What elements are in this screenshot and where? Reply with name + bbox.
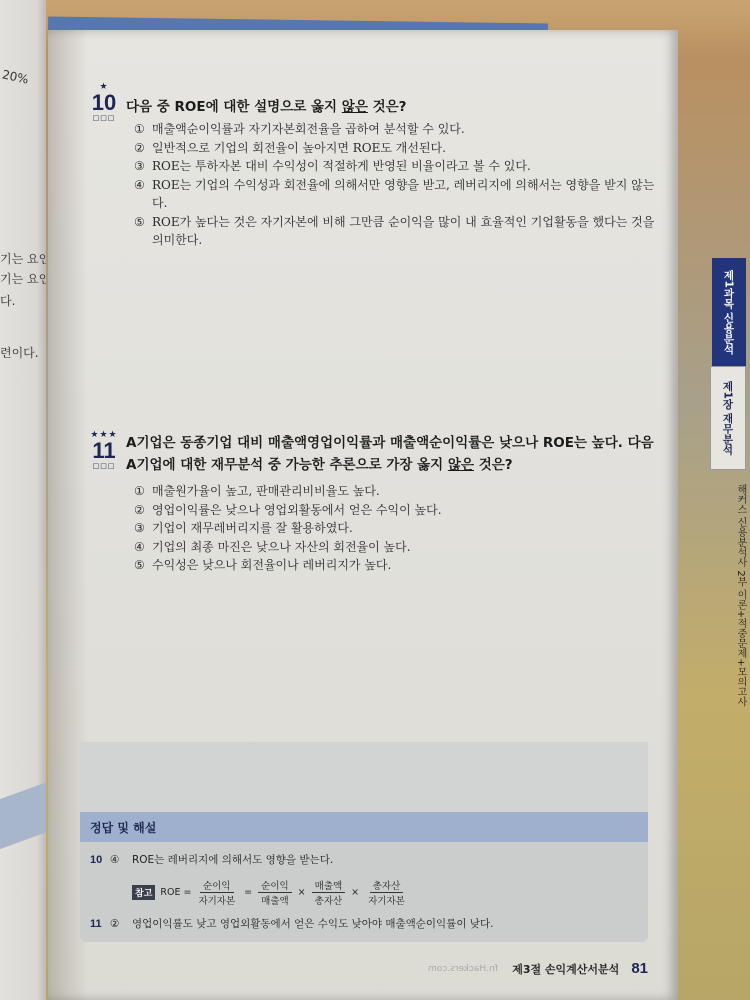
- choice-mark: ③: [134, 519, 152, 538]
- footer-section: 제3절 손익계산서분석: [512, 961, 619, 977]
- choice-item: ③ROE는 투하자본 대비 수익성이 적절하게 반영된 비율이라고 볼 수 있다…: [134, 157, 664, 176]
- answer-box-title: 정답 및 해설: [80, 812, 648, 842]
- choice-text: 매출액순이익률과 자기자본회전율을 곱하여 분석할 수 있다.: [152, 120, 664, 139]
- footer-url: fn.Hackers.com: [428, 964, 498, 974]
- choice-item: ④기업의 최종 마진은 낮으나 자산의 회전율이 높다.: [134, 538, 664, 557]
- note-tag: 참고: [132, 885, 155, 900]
- left-page-fragment: 다.: [0, 292, 15, 309]
- fraction-numerator: 총자산: [370, 878, 404, 893]
- fraction-denominator: 자기자본: [195, 893, 238, 907]
- choice-text: 기업이 재무레버리지를 잘 활용하였다.: [152, 519, 664, 538]
- fraction-denominator: 총자산: [312, 893, 346, 907]
- question-number: 10: [88, 92, 120, 114]
- choice-item: ⑤ROE가 높다는 것은 자기자본에 비해 그만큼 순이익을 많이 내 효율적인…: [134, 213, 664, 250]
- choice-mark: ②: [134, 139, 152, 158]
- question-text-underlined: 않은: [448, 457, 474, 473]
- question-text-part: 것은?: [368, 99, 407, 115]
- left-page-fragment: 기는 요인이: [0, 270, 46, 287]
- answer-mark: ④: [110, 854, 132, 866]
- fraction: 순이익매출액: [258, 878, 292, 907]
- choice-text: ROE가 높다는 것은 자기자본에 비해 그만큼 순이익을 많이 내 효율적인 …: [152, 213, 664, 250]
- fraction-denominator: 자기자본: [365, 893, 408, 907]
- left-page-fragment: 기는 요인이: [0, 250, 46, 267]
- choice-mark: ③: [134, 157, 152, 176]
- choice-text: 일반적으로 기업의 회전율이 높아지면 ROE도 개선된다.: [152, 139, 664, 158]
- fraction-numerator: 순이익: [258, 878, 292, 893]
- fraction-numerator: 매출액: [312, 878, 346, 893]
- fraction: 매출액총자산: [312, 878, 346, 907]
- side-tab-subject: 제1과목 신용분석: [712, 258, 746, 366]
- page-number: 81: [631, 960, 648, 977]
- question-text-part: 것은?: [474, 457, 513, 473]
- choice-mark: ②: [134, 501, 152, 520]
- choice-mark: ④: [134, 538, 152, 557]
- check-boxes: □□□: [88, 462, 120, 471]
- fraction: 순이익자기자본: [195, 878, 238, 907]
- choice-list: ①매출액순이익률과 자기자본회전율을 곱하여 분석할 수 있다. ②일반적으로 …: [134, 120, 664, 250]
- fraction-denominator: 매출액: [258, 893, 292, 907]
- choice-list: ①매출원가율이 높고, 판매관리비비율도 높다. ②영업이익률은 낮으나 영업외…: [134, 482, 664, 575]
- question-text-part: A기업은 동종기업 대비 매출액영업이익률과 매출액순이익률은 낮으나 ROE는…: [126, 435, 654, 473]
- left-page-fragment: 20%: [1, 67, 30, 86]
- choice-mark: ④: [134, 176, 152, 213]
- question-number: 11: [88, 440, 120, 462]
- choice-mark: ⑤: [134, 213, 152, 250]
- answer-box: 정답 및 해설 10 ④ ROE는 레버리지에 의해서도 영향을 받는다. 참고…: [80, 812, 648, 942]
- choice-mark: ⑤: [134, 556, 152, 575]
- formula-operator: ×: [351, 887, 359, 898]
- question-text: A기업은 동종기업 대비 매출액영업이익률과 매출액순이익률은 낮으나 ROE는…: [126, 432, 666, 476]
- side-tab-chapter: 제1장 재무분석: [710, 366, 746, 470]
- choice-item: ①매출액순이익률과 자기자본회전율을 곱하여 분석할 수 있다.: [134, 120, 664, 139]
- choice-text: 매출원가율이 높고, 판매관리비비율도 높다.: [152, 482, 664, 501]
- choice-item: ②일반적으로 기업의 회전율이 높아지면 ROE도 개선된다.: [134, 139, 664, 158]
- choice-item: ②영업이익률은 낮으나 영업외활동에서 얻은 수익이 높다.: [134, 501, 664, 520]
- answer-mark: ②: [110, 918, 132, 930]
- left-page: 20% 기는 요인이 기는 요인이 다. 련이다.: [0, 0, 46, 1000]
- choice-mark: ①: [134, 120, 152, 139]
- question-number-block: ★★★ 11 □□□: [88, 430, 120, 471]
- choice-item: ④ROE는 기업의 수익성과 회전율에 의해서만 영향을 받고, 레버리지에 의…: [134, 176, 664, 213]
- question-number-block: ★ 10 □□□: [88, 82, 120, 123]
- answer-row: 10 ④ ROE는 레버리지에 의해서도 영향을 받는다.: [90, 852, 333, 867]
- left-page-band: [0, 777, 46, 852]
- question-text: 다음 중 ROE에 대한 설명으로 옳지 않은 것은?: [126, 96, 666, 118]
- book-page: ★ 10 □□□ 다음 중 ROE에 대한 설명으로 옳지 않은 것은? ①매출…: [48, 30, 678, 1000]
- fraction: 총자산자기자본: [365, 878, 408, 907]
- choice-item: ⑤수익성은 낮으나 회전율이나 레버리지가 높다.: [134, 556, 664, 575]
- choice-mark: ①: [134, 482, 152, 501]
- answer-text: ROE는 레버리지에 의해서도 영향을 받는다.: [132, 852, 333, 867]
- formula-lhs: ROE =: [160, 887, 191, 898]
- answer-row: 11 ② 영업이익률도 낮고 영업외활동에서 얻은 수익도 낮아야 매출액순이익…: [90, 916, 493, 931]
- answer-number: 10: [90, 854, 110, 866]
- question-text-part: 다음 중 ROE에 대한 설명으로 옳지: [126, 99, 342, 115]
- formula-operator: =: [244, 887, 252, 898]
- choice-text: 영업이익률은 낮으나 영업외활동에서 얻은 수익이 높다.: [152, 501, 664, 520]
- page-footer: fn.Hackers.com 제3절 손익계산서분석 81: [428, 960, 648, 977]
- answer-box-top-shade: [80, 742, 648, 812]
- choice-text: 수익성은 낮으나 회전율이나 레버리지가 높다.: [152, 556, 664, 575]
- choice-text: ROE는 기업의 수익성과 회전율에 의해서만 영향을 받고, 레버리지에 의해…: [152, 176, 664, 213]
- answer-text: 영업이익률도 낮고 영업외활동에서 얻은 수익도 낮아야 매출액순이익률이 낮다…: [132, 916, 493, 931]
- formula-operator: ×: [298, 887, 306, 898]
- choice-text: ROE는 투하자본 대비 수익성이 적절하게 반영된 비율이라고 볼 수 있다.: [152, 157, 664, 176]
- check-boxes: □□□: [88, 114, 120, 123]
- book-title-vertical: 해커스 신용분석사 2부 이론+적중문제+모의고사: [714, 475, 748, 715]
- choice-item: ①매출원가율이 높고, 판매관리비비율도 높다.: [134, 482, 664, 501]
- fraction-numerator: 순이익: [200, 878, 234, 893]
- question-text-underlined: 않은: [342, 99, 368, 115]
- choice-item: ③기업이 재무레버리지를 잘 활용하였다.: [134, 519, 664, 538]
- choice-text: 기업의 최종 마진은 낮으나 자산의 회전율이 높다.: [152, 538, 664, 557]
- answer-number: 11: [90, 918, 110, 930]
- roe-formula: 참고 ROE = 순이익자기자본 = 순이익매출액 × 매출액총자산 × 총자산…: [132, 878, 412, 907]
- left-page-fragment: 련이다.: [0, 344, 39, 361]
